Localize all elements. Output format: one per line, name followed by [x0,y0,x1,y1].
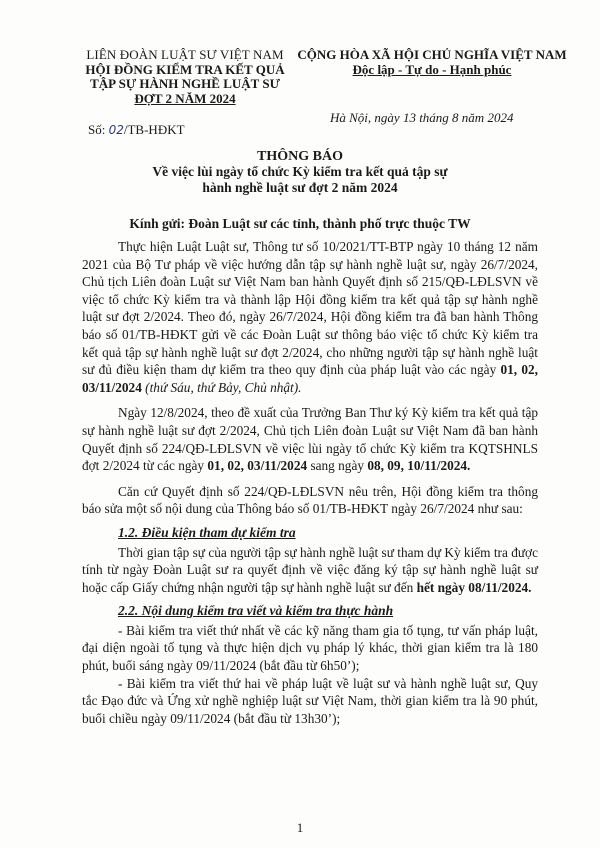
doc-no-handwritten: 02 [109,123,124,137]
paragraph-4: Thời gian tập sự của người tập sự hành n… [82,544,538,597]
nation-title: CỘNG HÒA XÃ HỘI CHỦ NGHĨA VIỆT NAM [296,48,568,63]
paragraph-6: - Bài kiểm tra viết thứ hai về pháp luật… [82,675,538,728]
page-number: 1 [0,820,600,836]
document-subtitle: Về việc lùi ngày tổ chức Kỳ kiểm tra kết… [60,164,540,196]
document-number: Số: 02/TB-HĐKT [88,122,185,138]
org-line-1: LIÊN ĐOÀN LUẬT SƯ VIỆT NAM [60,48,310,63]
subtitle-line-2: hành nghề luật sư đợt 2 năm 2024 [60,180,540,196]
national-motto: Độc lập - Tự do - Hạnh phúc [296,63,568,78]
section-1-2-heading: 1.2. Điều kiện tham dự kiểm tra [82,524,538,542]
doc-no-prefix: Số: [88,122,105,137]
recipient-line: Kính gửi: Đoàn Luật sư các tỉnh, thành p… [60,216,540,232]
paragraph-5: - Bài kiểm tra viết thứ nhất về các kỹ n… [82,622,538,675]
subtitle-line-1: Về việc lùi ngày tổ chức Kỳ kiểm tra kết… [60,164,540,180]
paragraph-3: Căn cứ Quyết định số 224/QĐ-LĐLSVN nêu t… [82,483,538,518]
paragraph-2: Ngày 12/8/2024, theo đề xuất của Trưởng … [82,404,538,474]
place-date: Hà Nội, ngày 13 tháng 8 năm 2024 [330,110,513,126]
issuing-organization-header: LIÊN ĐOÀN LUẬT SƯ VIỆT NAM HỘI ĐỒNG KIỂM… [60,48,310,106]
document-title: THÔNG BÁO [60,149,540,165]
org-line-2: HỘI ĐỒNG KIỂM TRA KẾT QUẢ [60,63,310,78]
org-line-4: ĐỢT 2 NĂM 2024 [60,92,310,107]
paragraph-1: Thực hiện Luật Luật sư, Thông tư số 10/2… [82,238,538,396]
org-line-3: TẬP SỰ HÀNH NGHỀ LUẬT SƯ [60,77,310,92]
national-header: CỘNG HÒA XÃ HỘI CHỦ NGHĨA VIỆT NAM Độc l… [296,48,568,77]
doc-no-suffix: /TB-HĐKT [124,122,185,137]
document-body: Thực hiện Luật Luật sư, Thông tư số 10/2… [82,238,538,727]
document-page: LIÊN ĐOÀN LUẬT SƯ VIỆT NAM HỘI ĐỒNG KIỂM… [0,0,600,848]
section-2-2-heading: 2.2. Nội dung kiểm tra viết và kiểm tra … [82,602,538,620]
